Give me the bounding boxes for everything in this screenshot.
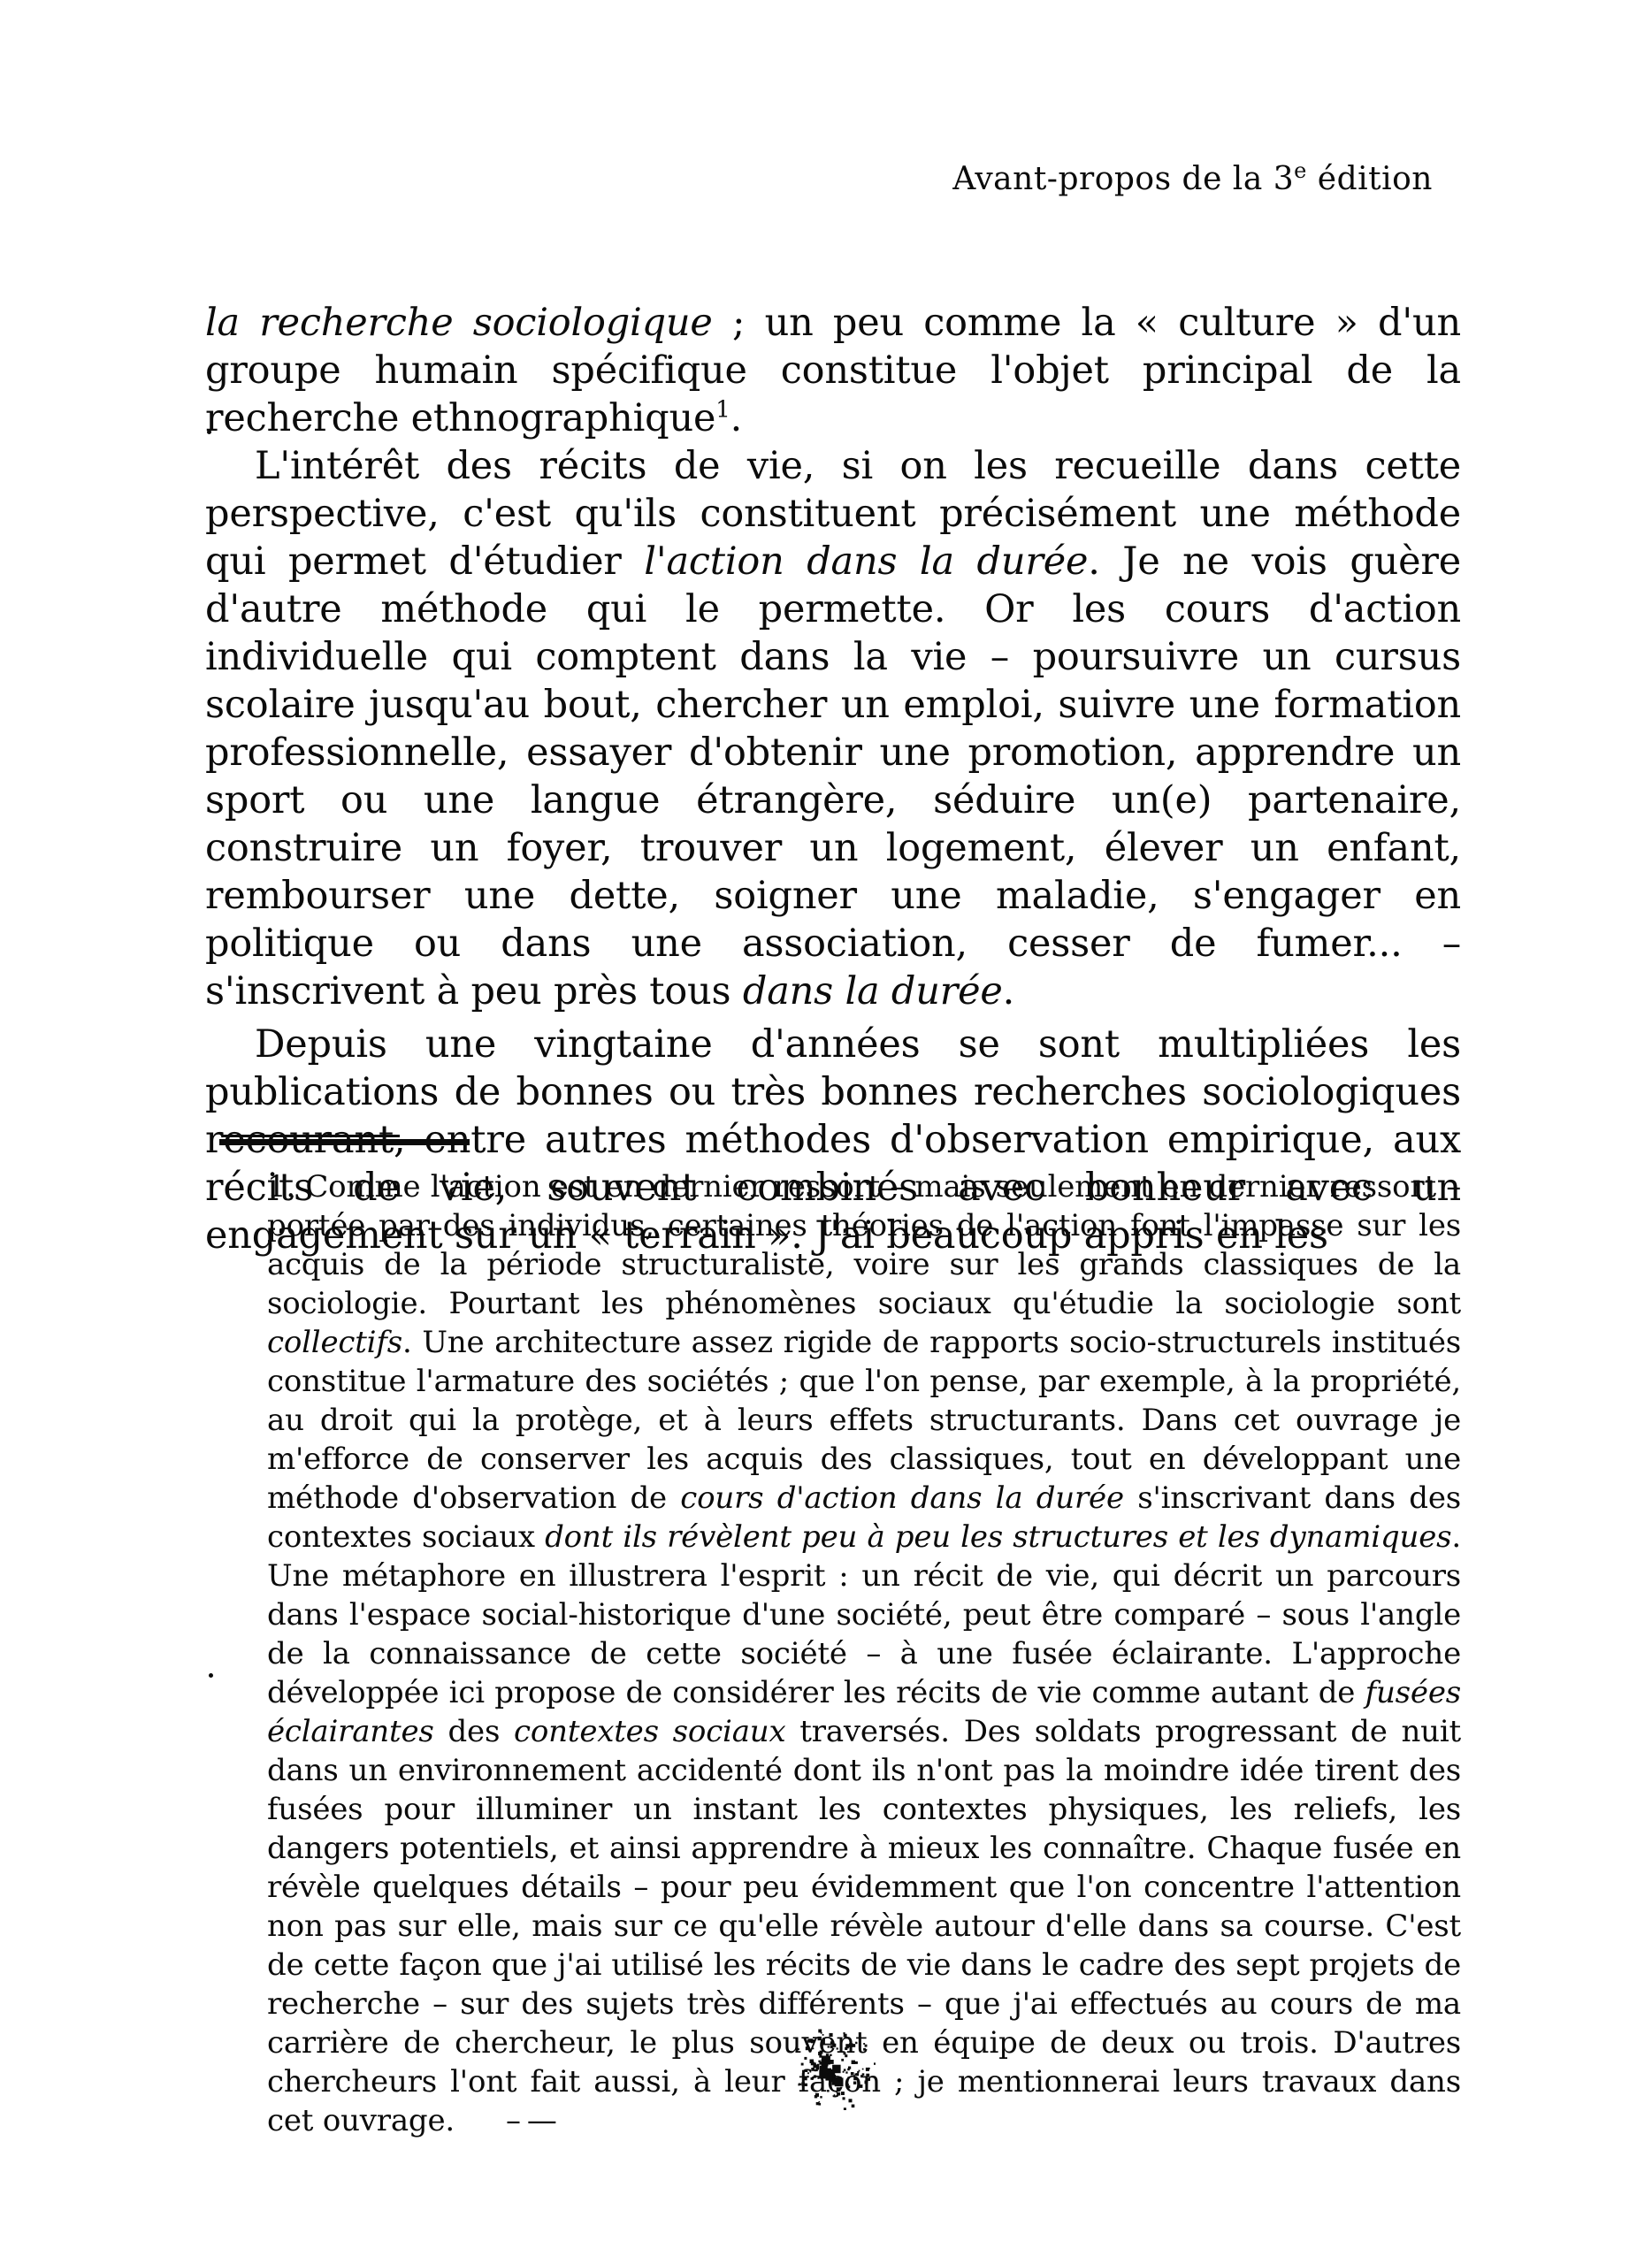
scan-speck (209, 1673, 213, 1678)
footnote-segment-italic: dont ils révèlent peu à peu les structur… (545, 1519, 1451, 1555)
running-head-tail: édition (1307, 161, 1433, 197)
footnote-reference: 1 (715, 397, 730, 424)
scanned-book-page: Avant-propos de la 3e édition la recherc… (0, 0, 1652, 2264)
ink-stamp-icon (792, 2023, 876, 2110)
paragraph-2: L'intérêt des récits de vie, si on les r… (205, 442, 1461, 1015)
footnote-segment: des (434, 1714, 514, 1749)
footnote-segment-italic: contextes sociaux (514, 1714, 785, 1749)
footnote-segment: 1. Comme l'action est en dernier ressort… (267, 1169, 1461, 1321)
end-dash-mark: – — (506, 2101, 555, 2140)
paragraph-1: la recherche sociologique ; un peu comme… (205, 299, 1461, 442)
running-head: Avant-propos de la 3e édition (203, 161, 1433, 197)
footnote-segment-italic: cours d'action dans la durée (680, 1480, 1124, 1516)
text-segment: . (1003, 969, 1014, 1013)
text-segment-italic: dans la durée (743, 969, 1003, 1013)
main-text-block: la recherche sociologique ; un peu comme… (205, 299, 1461, 1259)
footnote-separator-rule (219, 1139, 470, 1145)
footnote-segment-italic: collectifs (267, 1325, 402, 1360)
running-head-text: Avant-propos de la 3 (952, 161, 1294, 197)
text-segment-italic: l'action dans la durée (644, 539, 1088, 584)
scan-speck (1351, 1974, 1355, 1977)
footnote-block: 1. Comme l'action est en dernier ressort… (267, 1167, 1461, 2140)
text-segment-italic: la recherche sociologique (205, 301, 713, 345)
text-segment: . (730, 396, 742, 440)
scan-speck (207, 430, 211, 434)
ink-stamp-svg (792, 2023, 876, 2110)
edition-superscript: e (1294, 158, 1307, 183)
text-segment: . Je ne vois guère d'autre méthode qui l… (205, 539, 1461, 1013)
